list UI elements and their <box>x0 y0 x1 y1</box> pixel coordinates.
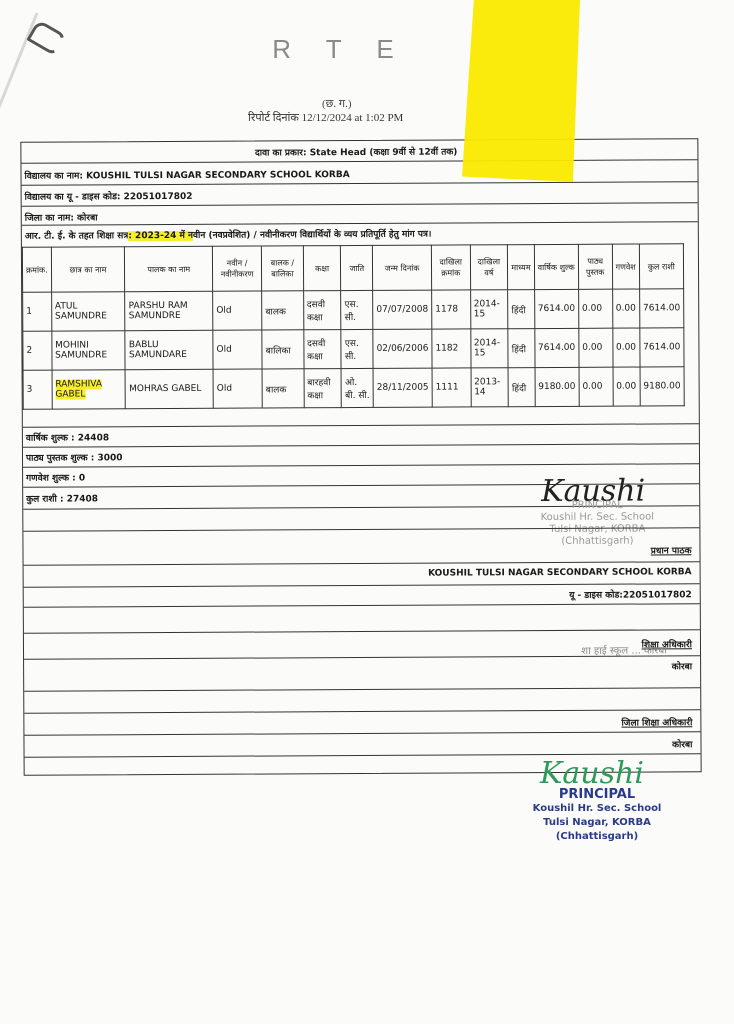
table-cell: 2014-15 <box>470 329 508 368</box>
table-cell: PARSHU RAM SAMUNDRE <box>125 291 213 330</box>
table-cell: 28/11/2005 <box>373 368 432 407</box>
session-line: आर. टी. ई. के तहत शिक्षा सत्र: 2023-24 म… <box>25 227 432 242</box>
table-cell: MOHINI SAMUNDRE <box>52 331 126 370</box>
table-cell: 1111 <box>432 368 471 407</box>
column-header: छात्र का नाम <box>51 247 125 292</box>
signature-udise: यू - डाइस कोड:22051017802 <box>569 587 692 601</box>
column-header: क्रमांक. <box>22 247 51 292</box>
table-cell: 9180.00 <box>640 367 684 406</box>
table-cell: 1182 <box>432 329 471 368</box>
report-date: रिपोर्ट दिनांक 12/12/2024 at 1:02 PM <box>248 110 403 125</box>
table-cell: 0.00 <box>612 328 639 367</box>
column-header: दाखिला वर्ष <box>470 245 508 290</box>
session-highlight: : 2023-24 में न <box>128 231 193 241</box>
students-table: क्रमांक.छात्र का नामपालक का नामनवीन / नव… <box>22 243 685 409</box>
table-cell: बालिका <box>262 330 304 369</box>
column-header: जन्म दिनांक <box>373 245 432 290</box>
table-cell: Old <box>213 291 262 330</box>
claim-type: दावा का प्रकार: State Head (कक्षा 9वीं स… <box>255 144 458 158</box>
table-cell: 1178 <box>432 290 471 329</box>
table-cell: बारहवी कक्षा <box>304 369 342 408</box>
table-cell: हिंदी <box>508 290 535 329</box>
column-header: बालक / बालिका <box>262 246 304 291</box>
table-cell: 0.00 <box>579 328 613 367</box>
table-cell: 0.00 <box>578 289 612 328</box>
school-name: विद्यालय का नाम: KOUSHIL TULSI NAGAR SEC… <box>24 167 349 182</box>
table-header-row: क्रमांक.छात्र का नामपालक का नामनवीन / नव… <box>22 244 683 292</box>
table-cell: RAMSHIVA GABEL <box>52 370 126 409</box>
total-amount: कुल राशी : 27408 <box>26 491 98 504</box>
signature-school-name: KOUSHIL TULSI NAGAR SECONDARY SCHOOL KOR… <box>428 567 692 578</box>
udise-code: विद्यालय का यू - डाइस कोड: 22051017802 <box>25 189 193 203</box>
table-cell: 1 <box>23 292 52 331</box>
session-suffix: वीन (नवप्रवेशित) / नवीनीकरण विद्यार्थियो… <box>193 230 431 241</box>
table-cell: 02/06/2006 <box>373 329 432 368</box>
annual-fee-total: वार्षिक शुल्क : 24408 <box>26 430 109 443</box>
table-cell: हिंदी <box>508 368 535 407</box>
district-name: जिला का नाम: कोरबा <box>25 210 98 223</box>
table-cell: 7614.00 <box>534 289 578 328</box>
table-cell: 2013-14 <box>471 368 509 407</box>
table-cell: बालक <box>262 291 304 330</box>
column-header: दाखिला क्रमांक <box>431 245 470 290</box>
column-header: कुल राशी <box>639 244 684 289</box>
table-cell: ATUL SAMUNDRE <box>51 292 125 331</box>
table-cell: दसवी कक्षा <box>303 291 341 330</box>
table-cell: ओ. बी. सी. <box>342 368 374 407</box>
district-officer-title: जिला शिक्षा अधिकारी <box>621 715 692 728</box>
table-cell: 0.00 <box>613 367 640 406</box>
table-cell: MOHRAS GABEL <box>126 369 214 408</box>
textbook-fee-total: पाठ्य पुस्तक शुल्क : 3000 <box>26 450 123 464</box>
principal-stamp: PRINCIPAL Koushil Hr. Sec. School Tulsi … <box>517 499 677 548</box>
column-header: कक्षा <box>303 246 341 291</box>
table-cell: 0.00 <box>612 289 639 328</box>
table-cell: 7614.00 <box>640 328 684 367</box>
table-cell: बालक <box>262 369 304 408</box>
table-cell: Old <box>213 330 262 369</box>
column-header: पाठ्य पुस्तक <box>578 244 612 289</box>
claim-form: दावा का प्रकार: State Head (कक्षा 9वीं स… <box>20 138 701 776</box>
table-cell: 2 <box>23 331 52 370</box>
column-header: जाति <box>341 245 373 290</box>
column-header: पालक का नाम <box>125 246 213 291</box>
table-cell: हिंदी <box>508 329 535 368</box>
table-row: 3RAMSHIVA GABELMOHRAS GABELOldबालकबारहवी… <box>23 367 684 409</box>
uniform-fee-total: गणवेश शुल्क : 0 <box>26 470 85 483</box>
column-header: नवीन / नवीनीकरण <box>212 246 261 291</box>
table-cell: 7614.00 <box>639 289 683 328</box>
table-cell: 2014-15 <box>470 290 508 329</box>
principal-title: प्रधान पाठक <box>651 543 692 556</box>
table-cell: 3 <box>23 370 52 409</box>
table-cell: 7614.00 <box>534 328 578 367</box>
table-cell: BABLU SAMUNDARE <box>125 330 213 369</box>
column-header: माध्यम <box>508 245 535 290</box>
column-header: वार्षिक शुल्क <box>534 244 578 289</box>
bottom-signature: Kaushi <box>540 756 644 791</box>
principal-bottom-stamp: PRINCIPAL Koushil Hr. Sec. School Tulsi … <box>512 788 682 844</box>
table-cell: 9180.00 <box>535 367 579 406</box>
block-location: कोरबा <box>672 659 692 672</box>
table-cell: 0.00 <box>579 367 613 406</box>
table-cell: एस. सी. <box>341 329 373 368</box>
table-cell: दसवी कक्षा <box>304 330 342 369</box>
table-row: 1ATUL SAMUNDREPARSHU RAM SAMUNDREOldबालक… <box>23 289 684 331</box>
column-header: गणवेश <box>612 244 639 289</box>
table-cell: 07/07/2008 <box>373 290 432 329</box>
district-location: कोरबा <box>672 737 692 750</box>
yellow-tape <box>462 0 580 182</box>
session-prefix: आर. टी. ई. के तहत शिक्षा सत्र <box>25 231 129 242</box>
state-abbrev: (छ. ग.) <box>322 96 351 111</box>
table-cell: Old <box>213 369 262 408</box>
table-row: 2MOHINI SAMUNDREBABLU SAMUNDAREOldबालिका… <box>23 328 684 370</box>
table-cell: एस. सी. <box>341 290 373 329</box>
